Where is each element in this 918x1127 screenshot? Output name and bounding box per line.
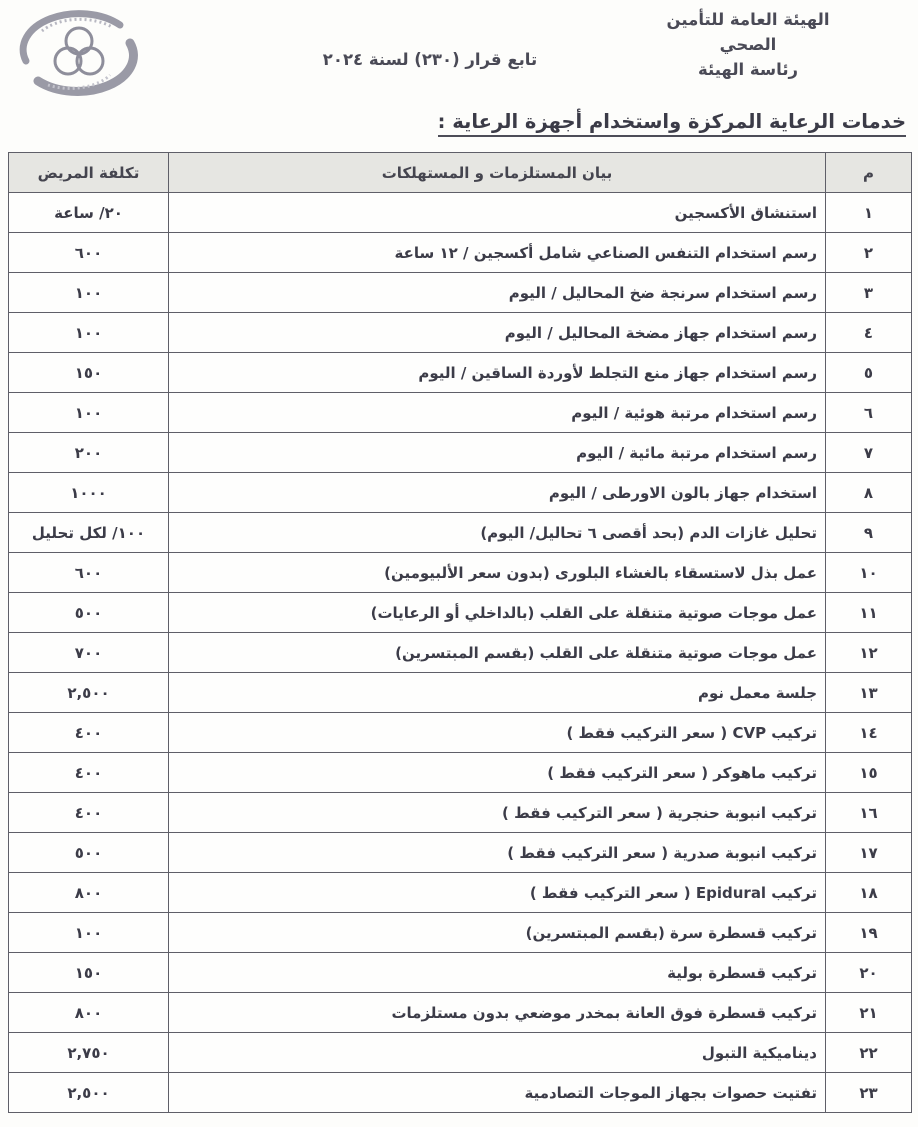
section-title: خدمات الرعاية المركزة واستخدام أجهزة الر… — [438, 110, 906, 137]
organization-name-block: الهيئة العامة للتأمين الصحي رئاسة الهيئة — [638, 8, 858, 82]
row-description-cell: جلسة معمل نوم — [169, 673, 826, 713]
row-description-cell: رسم استخدام مرتبة مائية / اليوم — [169, 433, 826, 473]
row-cost-cell: ١٠٠ — [9, 393, 169, 433]
row-description-cell: تحليل غازات الدم (بحد أقصى ٦ تحاليل/ الي… — [169, 513, 826, 553]
table-row: ٩ تحليل غازات الدم (بحد أقصى ٦ تحاليل/ ا… — [9, 513, 912, 553]
table-row: ٢٣ تفتيت حصوات بجهاز الموجات التصادمية ٢… — [9, 1073, 912, 1113]
table-header-row: م بيان المستلزمات و المستهلكات تكلفة الم… — [9, 153, 912, 193]
table-row: ١٩ تركيب قسطرة سرة (بقسم المبتسرين) ١٠٠ — [9, 913, 912, 953]
row-number-cell: ٨ — [826, 473, 912, 513]
row-cost-cell: ١٠٠ — [9, 913, 169, 953]
row-number-cell: ١٦ — [826, 793, 912, 833]
table-row: ٢ رسم استخدام التنفس الصناعي شامل أكسجين… — [9, 233, 912, 273]
document-page: الهيئة العامة للتأمين الصحي رئاسة الهيئة… — [0, 0, 918, 1127]
row-cost-cell: ١٥٠ — [9, 953, 169, 993]
table-row: ١ استنشاق الأكسجين ٢٠/ ساعة — [9, 193, 912, 233]
column-header-description: بيان المستلزمات و المستهلكات — [169, 153, 826, 193]
services-table-body: ١ استنشاق الأكسجين ٢٠/ ساعة ٢ رسم استخدا… — [9, 193, 912, 1113]
row-cost-cell: ١٠٠٠ — [9, 473, 169, 513]
row-cost-cell: ٨٠٠ — [9, 873, 169, 913]
row-number-cell: ١٨ — [826, 873, 912, 913]
row-cost-cell: ١٠٠ — [9, 313, 169, 353]
row-number-cell: ١٠ — [826, 553, 912, 593]
row-cost-cell: ٢٠٠ — [9, 433, 169, 473]
row-description-cell: رسم استخدام جهاز منع التجلط لأوردة الساق… — [169, 353, 826, 393]
table-row: ٦ رسم استخدام مرتبة هوئية / اليوم ١٠٠ — [9, 393, 912, 433]
row-description-cell: تركيب ماهوكر ( سعر التركيب فقط ) — [169, 753, 826, 793]
row-description-cell: رسم استخدام التنفس الصناعي شامل أكسجين /… — [169, 233, 826, 273]
row-description-cell: استخدام جهاز بالون الاورطى / اليوم — [169, 473, 826, 513]
table-row: ٤ رسم استخدام جهاز مضخة المحاليل / اليوم… — [9, 313, 912, 353]
row-cost-cell: ١٥٠ — [9, 353, 169, 393]
organization-name-line2: رئاسة الهيئة — [638, 58, 858, 83]
decision-reference: تابع قرار (٢٣٠) لسنة ٢٠٢٤ — [290, 50, 570, 69]
row-number-cell: ٢٢ — [826, 1033, 912, 1073]
row-description-cell: عمل بذل لاستسقاء بالغشاء البلورى (بدون س… — [169, 553, 826, 593]
health-insurance-authority-logo — [8, 3, 148, 103]
row-cost-cell: ٥٠٠ — [9, 593, 169, 633]
row-number-cell: ١٥ — [826, 753, 912, 793]
row-number-cell: ١٩ — [826, 913, 912, 953]
table-row: ٢١ تركيب قسطرة فوق العانة بمخدر موضعي بد… — [9, 993, 912, 1033]
authority-logo-icon — [8, 3, 148, 103]
row-number-cell: ٥ — [826, 353, 912, 393]
row-number-cell: ٩ — [826, 513, 912, 553]
table-row: ٣ رسم استخدام سرنجة ضخ المحاليل / اليوم … — [9, 273, 912, 313]
row-cost-cell: ٢,٧٥٠ — [9, 1033, 169, 1073]
table-row: ١٨ تركيب Epidural ( سعر التركيب فقط ) ٨٠… — [9, 873, 912, 913]
services-cost-table: م بيان المستلزمات و المستهلكات تكلفة الم… — [8, 152, 912, 1113]
row-cost-cell: ٢,٥٠٠ — [9, 1073, 169, 1113]
row-number-cell: ١١ — [826, 593, 912, 633]
row-description-cell: تركيب انبوبة صدرية ( سعر التركيب فقط ) — [169, 833, 826, 873]
table-row: ١٦ تركيب انبوبة حنجرية ( سعر التركيب فقط… — [9, 793, 912, 833]
column-header-number: م — [826, 153, 912, 193]
row-cost-cell: ٧٠٠ — [9, 633, 169, 673]
table-row: ١١ عمل موجات صوتية متنقلة على القلب (بال… — [9, 593, 912, 633]
row-description-cell: ديناميكية التبول — [169, 1033, 826, 1073]
table-row: ٧ رسم استخدام مرتبة مائية / اليوم ٢٠٠ — [9, 433, 912, 473]
row-description-cell: استنشاق الأكسجين — [169, 193, 826, 233]
row-cost-cell: ٦٠٠ — [9, 233, 169, 273]
row-number-cell: ٢ — [826, 233, 912, 273]
table-row: ٢٠ تركيب قسطرة بولية ١٥٠ — [9, 953, 912, 993]
row-cost-cell: ٤٠٠ — [9, 713, 169, 753]
column-header-cost: تكلفة المريض — [9, 153, 169, 193]
row-cost-cell: ١٠٠/ لكل تحليل — [9, 513, 169, 553]
table-row: ١٧ تركيب انبوبة صدرية ( سعر التركيب فقط … — [9, 833, 912, 873]
row-number-cell: ٢٣ — [826, 1073, 912, 1113]
row-description-cell: تركيب Epidural ( سعر التركيب فقط ) — [169, 873, 826, 913]
row-cost-cell: ٨٠٠ — [9, 993, 169, 1033]
row-description-cell: رسم استخدام جهاز مضخة المحاليل / اليوم — [169, 313, 826, 353]
table-row: ١٢ عمل موجات صوتية متنقلة على القلب (بقس… — [9, 633, 912, 673]
row-number-cell: ٤ — [826, 313, 912, 353]
row-cost-cell: ٢,٥٠٠ — [9, 673, 169, 713]
row-cost-cell: ٤٠٠ — [9, 753, 169, 793]
row-description-cell: تركيب قسطرة بولية — [169, 953, 826, 993]
table-row: ١٣ جلسة معمل نوم ٢,٥٠٠ — [9, 673, 912, 713]
row-number-cell: ٣ — [826, 273, 912, 313]
row-number-cell: ١٤ — [826, 713, 912, 753]
row-description-cell: عمل موجات صوتية متنقلة على القلب (بقسم ا… — [169, 633, 826, 673]
row-description-cell: رسم استخدام مرتبة هوئية / اليوم — [169, 393, 826, 433]
row-number-cell: ٢٠ — [826, 953, 912, 993]
row-cost-cell: ٤٠٠ — [9, 793, 169, 833]
row-number-cell: ٧ — [826, 433, 912, 473]
table-row: ١٥ تركيب ماهوكر ( سعر التركيب فقط ) ٤٠٠ — [9, 753, 912, 793]
row-number-cell: ٦ — [826, 393, 912, 433]
table-row: ١٤ تركيب CVP ( سعر التركيب فقط ) ٤٠٠ — [9, 713, 912, 753]
row-number-cell: ١٢ — [826, 633, 912, 673]
row-number-cell: ١٣ — [826, 673, 912, 713]
row-description-cell: عمل موجات صوتية متنقلة على القلب (بالداخ… — [169, 593, 826, 633]
row-description-cell: تفتيت حصوات بجهاز الموجات التصادمية — [169, 1073, 826, 1113]
organization-name-line1: الهيئة العامة للتأمين الصحي — [638, 8, 858, 58]
row-cost-cell: ٢٠/ ساعة — [9, 193, 169, 233]
row-description-cell: رسم استخدام سرنجة ضخ المحاليل / اليوم — [169, 273, 826, 313]
row-cost-cell: ٦٠٠ — [9, 553, 169, 593]
row-number-cell: ١٧ — [826, 833, 912, 873]
row-description-cell: تركيب قسطرة سرة (بقسم المبتسرين) — [169, 913, 826, 953]
row-cost-cell: ١٠٠ — [9, 273, 169, 313]
table-row: ٨ استخدام جهاز بالون الاورطى / اليوم ١٠٠… — [9, 473, 912, 513]
row-description-cell: تركيب CVP ( سعر التركيب فقط ) — [169, 713, 826, 753]
row-description-cell: تركيب قسطرة فوق العانة بمخدر موضعي بدون … — [169, 993, 826, 1033]
table-row: ١٠ عمل بذل لاستسقاء بالغشاء البلورى (بدو… — [9, 553, 912, 593]
document-header: الهيئة العامة للتأمين الصحي رئاسة الهيئة… — [0, 0, 918, 152]
row-cost-cell: ٥٠٠ — [9, 833, 169, 873]
row-number-cell: ٢١ — [826, 993, 912, 1033]
row-number-cell: ١ — [826, 193, 912, 233]
table-row: ٥ رسم استخدام جهاز منع التجلط لأوردة الس… — [9, 353, 912, 393]
row-description-cell: تركيب انبوبة حنجرية ( سعر التركيب فقط ) — [169, 793, 826, 833]
table-row: ٢٢ ديناميكية التبول ٢,٧٥٠ — [9, 1033, 912, 1073]
